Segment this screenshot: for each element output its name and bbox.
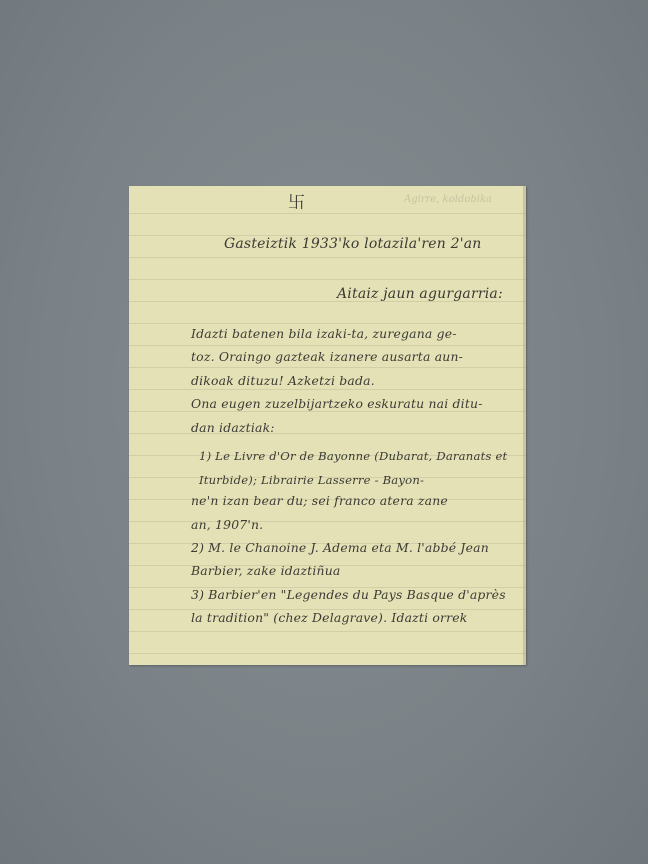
letter-line: Barbier, zake idaztiñua [191, 563, 340, 578]
letter-line: dan idaztiak: [191, 420, 275, 435]
pencil-annotation: Agirre, koldobika [404, 194, 492, 205]
letter-line: toz. Oraingo gazteak izanere ausarta aun… [191, 349, 463, 364]
letter-line: la tradition" (chez Delagrave). Idazti o… [191, 610, 468, 625]
header-symbol: 卐 [288, 188, 305, 213]
letter-line: 1) Le Livre d'Or de Bayonne (Dubarat, Da… [199, 444, 519, 492]
handwritten-letter-page: 卐 Agirre, koldobika Gasteiztik 1933'ko l… [129, 186, 526, 665]
letter-line: ne'n izan bear du; sei franco atera zane [191, 493, 448, 508]
letter-dateline: Gasteiztik 1933'ko lotazila'ren 2'an [224, 236, 482, 252]
letter-salutation: Aitaiz jaun agurgarria: [337, 286, 503, 302]
letter-line: dikoak dituzu! Azketzi bada. [191, 373, 375, 388]
letter-line: Idazti batenen bila izaki-ta, zuregana g… [191, 326, 457, 341]
letter-line: Ona eugen zuzelbijartzeko eskuratu nai d… [191, 396, 483, 411]
letter-line: 3) Barbier'en "Legendes du Pays Basque d… [191, 587, 506, 602]
letter-line: 2) M. le Chanoine J. Adema eta M. l'abbé… [191, 540, 489, 555]
letter-line: an, 1907'n. [191, 517, 263, 532]
